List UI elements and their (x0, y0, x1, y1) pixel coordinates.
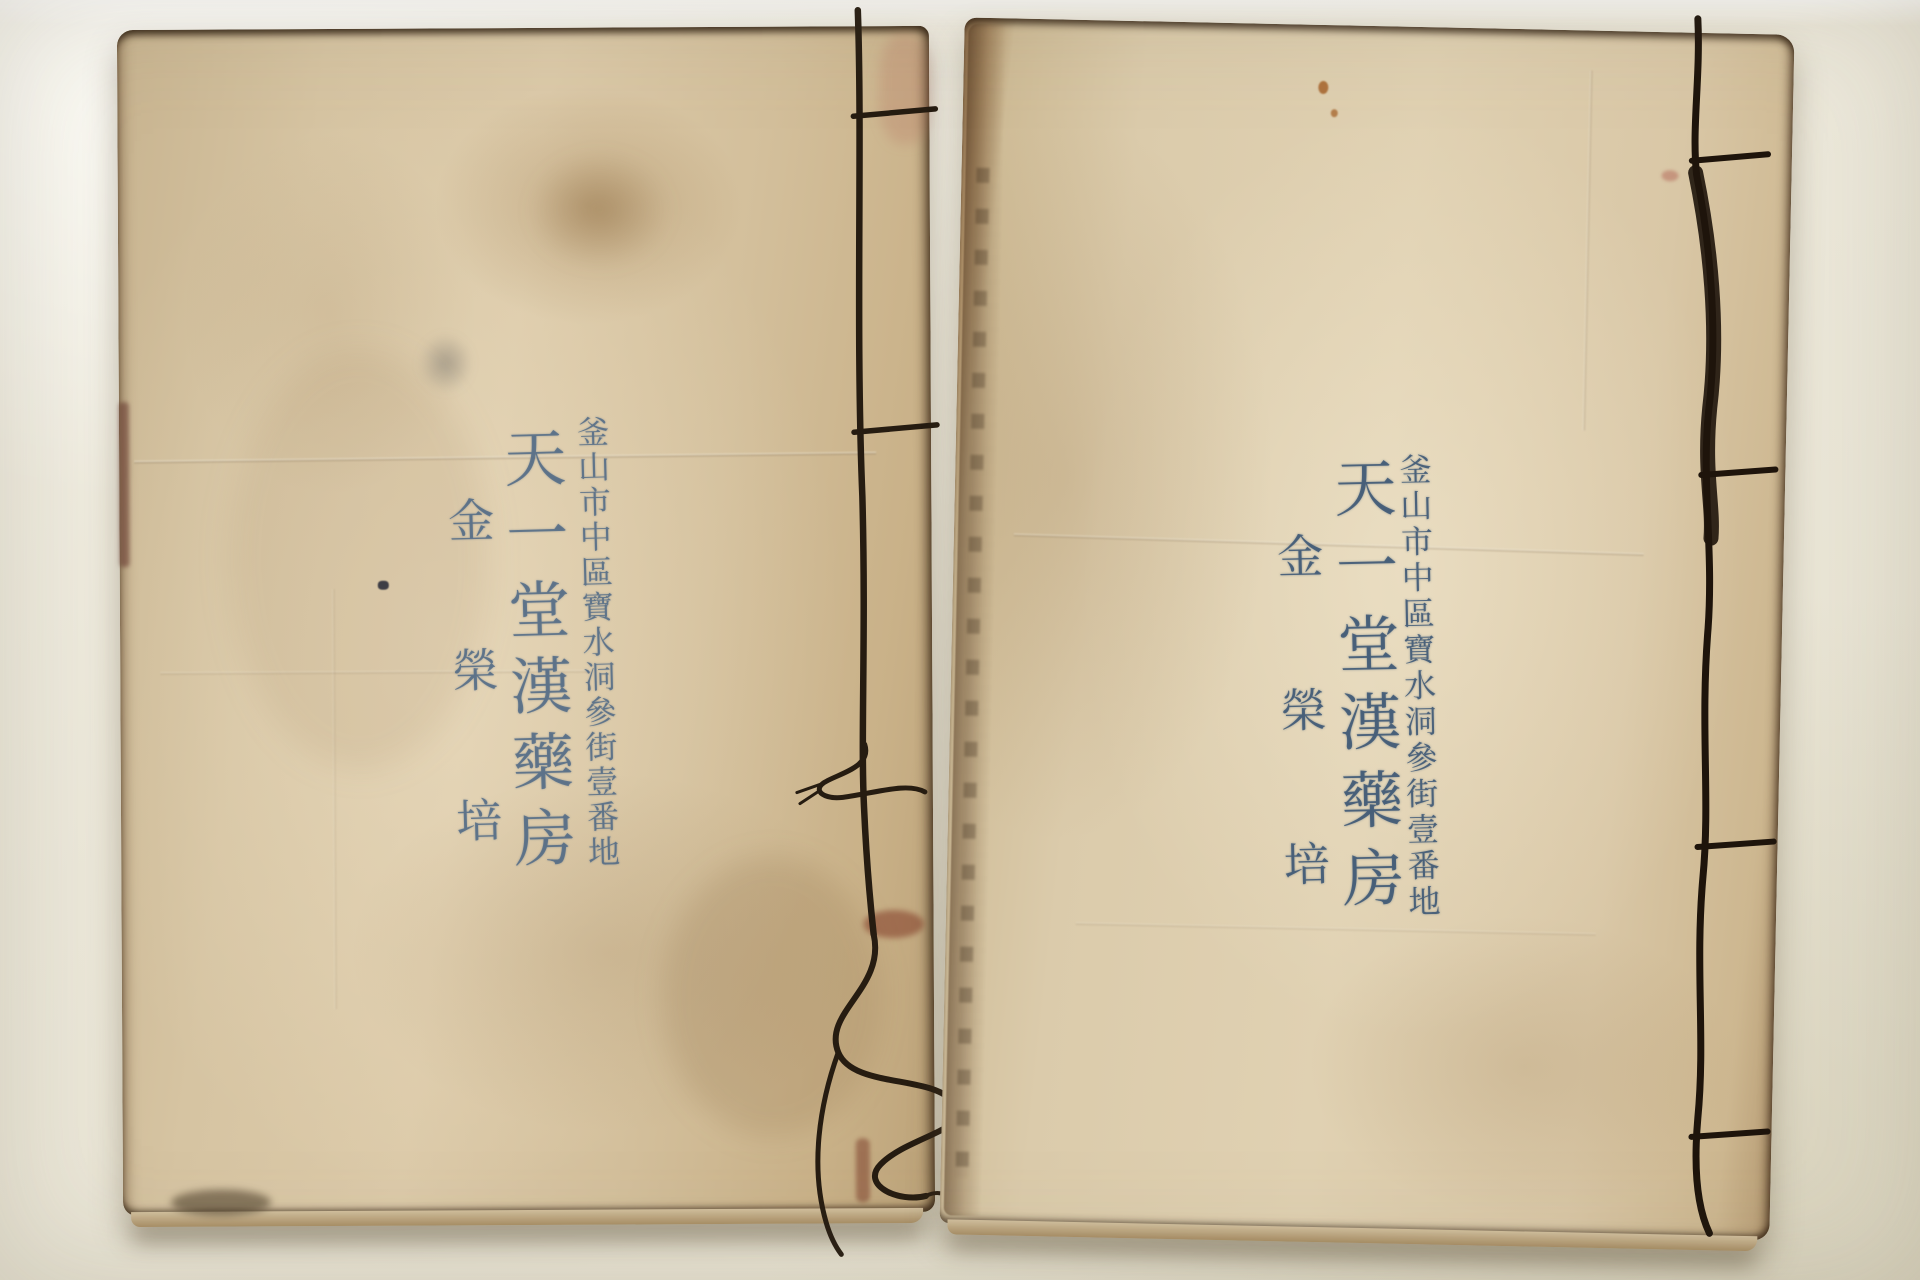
left-book-inscription: 釜山市中區寶水洞參街壹番地 天一堂漢藥房 金榮培 (109, 19, 952, 1226)
right-book-crease (1014, 533, 1644, 556)
left-book-red-smear (864, 910, 924, 938)
left-book-faded-stamp-smudge (406, 320, 484, 406)
background-highlight (0, 0, 1920, 26)
left-book-shop-name-column: 天一堂漢藥房 (498, 425, 572, 882)
right-book-inscription: 釜山市中區寶水洞參街壹番地 天一堂漢藥房 金榮培 (946, 18, 1801, 1241)
left-book-crease (332, 589, 337, 1009)
right-book: 釜山市中區寶水洞參街壹番地 天一堂漢藥房 金榮培 (939, 17, 1794, 1240)
left-book-address-column: 釜山市中區寶水洞參街壹番地 (575, 415, 619, 871)
right-book-spine-edge (944, 24, 1007, 1217)
left-book-crease (160, 670, 590, 675)
right-book-crease (1076, 922, 1596, 936)
left-book-ink-spot (378, 581, 389, 590)
right-book-owner-name-column: 金榮培 (1274, 532, 1330, 995)
right-book-spine-marks (955, 168, 989, 1178)
left-book-stain (661, 856, 882, 1137)
left-book-red-streak (856, 1138, 870, 1202)
right-book-rust-spot (1318, 81, 1328, 94)
left-book-bottom-smudge (171, 1189, 271, 1216)
left-book-binding-thread (117, 26, 935, 1216)
left-book-stain (229, 348, 491, 769)
right-book-rust-spot (1331, 109, 1338, 117)
left-book: 釜山市中區寶水洞參街壹番地 天一堂漢藥房 金榮培 (117, 26, 935, 1216)
right-book-binding-thread (939, 17, 1794, 1240)
right-book-red-dot (1661, 170, 1678, 181)
right-book-crease (1582, 71, 1593, 431)
photo-stage: 釜山市中區寶水洞參街壹番地 天一堂漢藥房 金榮培 釜山市中區寶水洞參街壹番地 (0, 0, 1920, 1280)
right-book-shop-name-column: 天一堂漢藥房 (1328, 455, 1400, 924)
left-book-corner-tint (879, 34, 932, 144)
right-book-address-column: 釜山市中區寶水洞參街壹番地 (1397, 452, 1439, 921)
left-book-crease (134, 452, 876, 464)
left-book-edge-streak (119, 402, 130, 567)
left-book-owner-name-column: 金榮培 (445, 496, 503, 947)
left-book-stain-blotch (499, 127, 700, 293)
